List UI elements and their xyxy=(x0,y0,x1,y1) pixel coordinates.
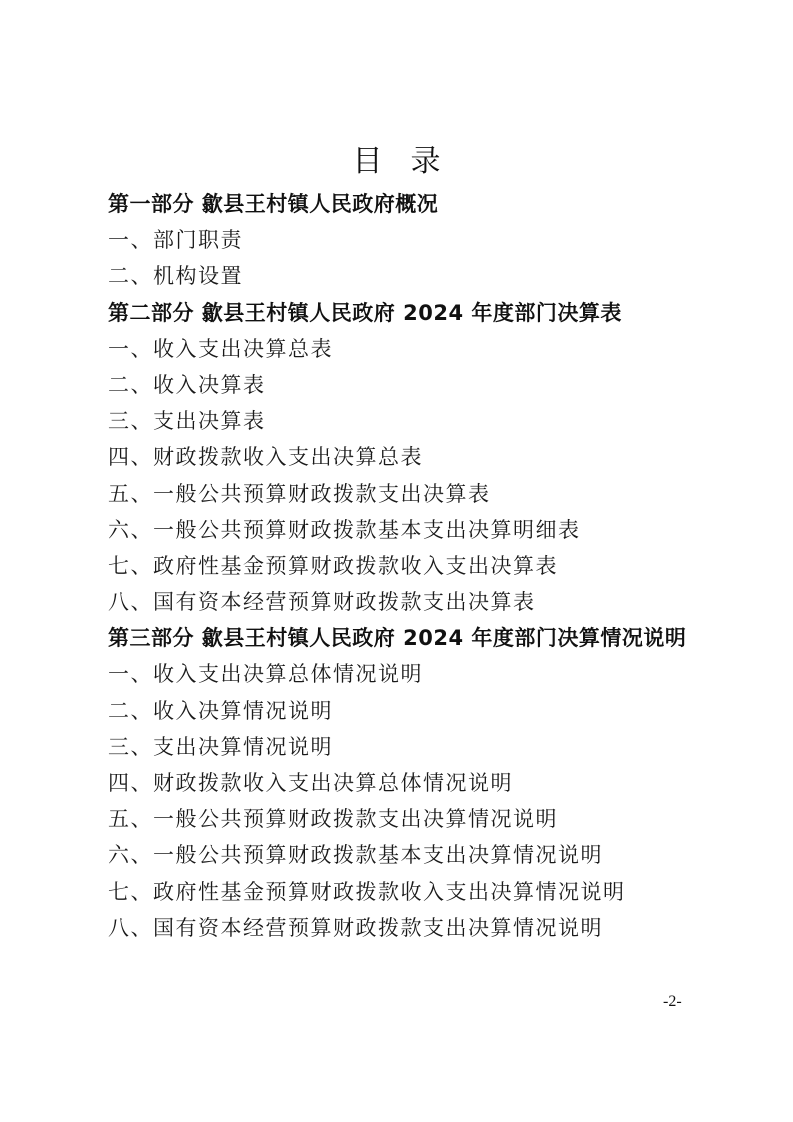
toc-part-2-heading[interactable]: 第二部分 歙县王村镇人民政府 2024 年度部门决算表 xyxy=(108,295,708,331)
document-page: 目录 第一部分 歙县王村镇人民政府概况 一、部门职责 二、机构设置 第二部分 歙… xyxy=(0,0,793,1122)
page-number: -2- xyxy=(663,993,682,1011)
toc-item[interactable]: 七、政府性基金预算财政拨款收入支出决算情况说明 xyxy=(108,874,708,910)
toc-part-1-heading[interactable]: 第一部分 歙县王村镇人民政府概况 xyxy=(108,186,708,222)
toc-item[interactable]: 五、一般公共预算财政拨款支出决算情况说明 xyxy=(108,801,708,837)
toc-item[interactable]: 二、收入决算情况说明 xyxy=(108,693,708,729)
toc-item[interactable]: 七、政府性基金预算财政拨款收入支出决算表 xyxy=(108,548,708,584)
toc-item[interactable]: 四、财政拨款收入支出决算总表 xyxy=(108,439,708,475)
toc-item[interactable]: 三、支出决算表 xyxy=(108,403,708,439)
toc-item[interactable]: 一、收入支出决算总体情况说明 xyxy=(108,656,708,692)
toc-part-3-heading[interactable]: 第三部分 歙县王村镇人民政府 2024 年度部门决算情况说明 xyxy=(108,620,698,656)
toc-item[interactable]: 八、国有资本经营预算财政拨款支出决算表 xyxy=(108,584,708,620)
toc-item[interactable]: 一、部门职责 xyxy=(108,222,708,258)
toc-item[interactable]: 六、一般公共预算财政拨款基本支出决算明细表 xyxy=(108,512,708,548)
toc-item[interactable]: 八、国有资本经营预算财政拨款支出决算情况说明 xyxy=(108,910,708,946)
toc-item[interactable]: 四、财政拨款收入支出决算总体情况说明 xyxy=(108,765,708,801)
toc-item[interactable]: 一、收入支出决算总表 xyxy=(108,331,708,367)
table-of-contents: 第一部分 歙县王村镇人民政府概况 一、部门职责 二、机构设置 第二部分 歙县王村… xyxy=(108,186,708,946)
toc-item[interactable]: 三、支出决算情况说明 xyxy=(108,729,708,765)
toc-item[interactable]: 二、机构设置 xyxy=(108,258,708,294)
toc-item[interactable]: 二、收入决算表 xyxy=(108,367,708,403)
toc-item[interactable]: 五、一般公共预算财政拨款支出决算表 xyxy=(108,476,708,512)
toc-item[interactable]: 六、一般公共预算财政拨款基本支出决算情况说明 xyxy=(108,837,708,873)
toc-title: 目录 xyxy=(0,142,793,182)
